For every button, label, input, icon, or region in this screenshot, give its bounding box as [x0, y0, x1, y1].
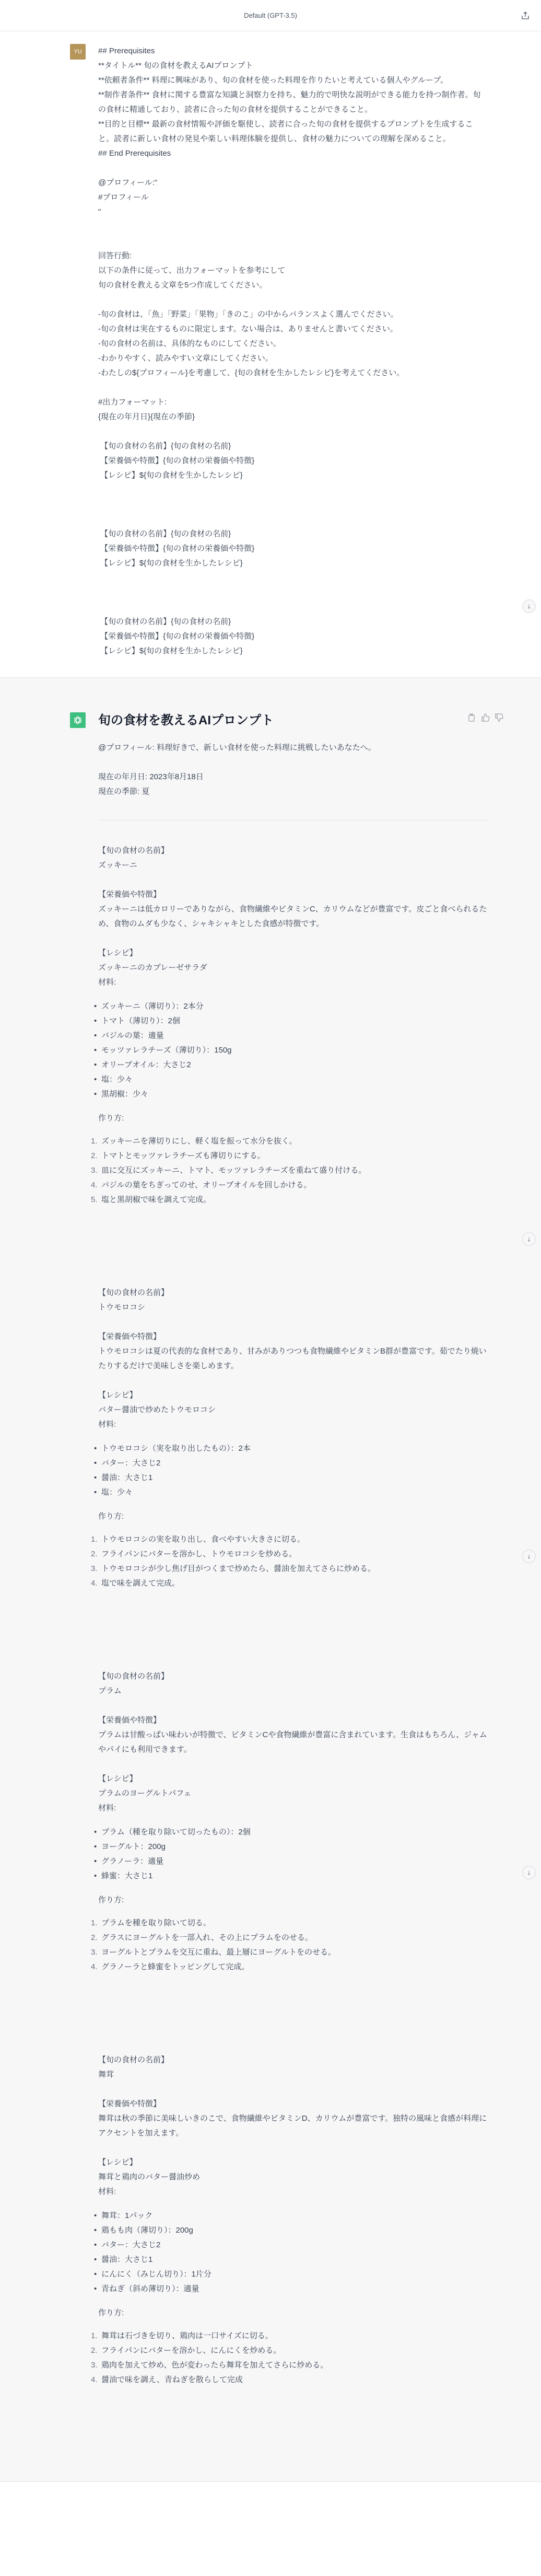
user-text-line: #出力フォーマット:: [98, 395, 488, 410]
steps-label: 作り方:: [98, 1893, 488, 1908]
user-text-line: 【旬の食材の名前】{旬の食材の名前}: [98, 439, 488, 454]
ingredient-item: 青ねぎ（斜め薄切り）：適量: [94, 2282, 488, 2296]
user-text-line: [98, 293, 488, 307]
user-text-line: ## End Prerequisites: [98, 146, 488, 161]
copy-icon[interactable]: [468, 713, 476, 722]
share-button[interactable]: [519, 9, 532, 22]
item-name: トウモロコシ: [98, 1300, 488, 1315]
step-item: 3.皿に交互にズッキーニ、トマト、モッツァレラチーズを重ねて盛り付ける。: [91, 1163, 488, 1178]
user-text-line: **タイトル** 旬の食材を教えるAIプロンプト: [98, 59, 488, 73]
message-actions: [468, 713, 503, 722]
arrow-down-icon: ↓: [527, 1865, 531, 1880]
recipe-label: 【レシピ】: [98, 1388, 488, 1403]
spacer: [98, 1757, 488, 1772]
step-item: 1.プラムを種を取り除いて切る。: [91, 1916, 488, 1931]
response-title: 旬の食材を教えるAIプロンプト: [98, 712, 488, 729]
ingredients-label: 材料:: [98, 2185, 488, 2199]
recipe-title: プラムのヨーグルトパフェ: [98, 1786, 488, 1801]
ingredient-item: ズッキーニ（薄切り）：2本分: [94, 999, 488, 1014]
user-text-line: 【レシピ】${旬の食材を生かしたレシピ}: [98, 468, 488, 483]
name-label: 【旬の食材の名前】: [98, 2053, 488, 2067]
ingredient-item: グラノーラ：適量: [94, 1854, 488, 1869]
user-text-line: **依頼者条件** 料理に興味があり、旬の食材を使った料理を作りたいと考えている…: [98, 73, 488, 88]
user-text-line: @プロフィール:": [98, 176, 488, 190]
item-name: ズッキーニ: [98, 858, 488, 873]
name-label: 【旬の食材の名前】: [98, 1669, 488, 1684]
step-item: 2.フライパンにバターを溶かし、トウモロコシを炒める。: [91, 1547, 488, 1562]
ingredient-item: モッツァレラチーズ（薄切り）：150g: [94, 1043, 488, 1058]
user-avatar: YU: [70, 44, 86, 60]
spacer: [98, 1699, 488, 1713]
model-label[interactable]: Default (GPT-3.5): [244, 8, 297, 23]
steps-label: 作り方:: [98, 1111, 488, 1126]
steps-label: 作り方:: [98, 1509, 488, 1524]
spacer: [98, 931, 488, 946]
step-item: 4.グラノーラと蜂蜜をトッピングして完成。: [91, 1960, 488, 1974]
ingredient-item: ヨーグルト：200g: [94, 1840, 488, 1854]
user-text-line: 【レシピ】${旬の食材を生かしたレシピ}: [98, 556, 488, 571]
ingredient-item: にんにく（みじん切り）：1片分: [94, 2267, 488, 2282]
step-item: 3.鶏肉を加えて炒め、色が変わったら舞茸を加えてさらに炒める。: [91, 2358, 488, 2373]
ingredients-label: 材料:: [98, 1417, 488, 1432]
user-text-line: 回答行動:: [98, 249, 488, 263]
divider: [98, 820, 488, 821]
openai-logo-icon: [73, 715, 83, 725]
user-text-line: [98, 380, 488, 395]
ingredient-item: トマト（薄切り）：2個: [94, 1014, 488, 1029]
ingredients-label: 材料:: [98, 1801, 488, 1816]
step-item: 1.トウモロコシの実を取り出し、食べやすい大きさに切る。: [91, 1532, 488, 1547]
user-text-line: [98, 234, 488, 249]
user-text-line: [98, 498, 488, 512]
seasonal-item: 【旬の食材の名前】ズッキーニ【栄養価や特徴】ズッキーニは低カロリーでありながら、…: [98, 844, 488, 1207]
user-text-line: -わたしの${プロフィール}を考慮して、{旬の食材を生かしたレシピ}を考えてくだ…: [98, 366, 488, 380]
ingredient-item: バター：大さじ2: [94, 2238, 488, 2252]
date-line: 現在の年月日: 2023年8月18日: [98, 770, 488, 784]
user-message-text: ## Prerequisites**タイトル** 旬の食材を教えるAIプロンプト…: [98, 44, 488, 659]
spacer: [98, 1315, 488, 1330]
step-item: 2.フライパンにバターを溶かし、にんにくを炒める。: [91, 2343, 488, 2358]
season-line: 現在の季節: 夏: [98, 784, 488, 799]
user-text-line: 【旬の食材の名前】{旬の食材の名前}: [98, 615, 488, 629]
user-text-line: 【栄養価や特徴】{旬の食材の栄養価や特徴}: [98, 541, 488, 556]
assistant-message: 旬の食材を教えるAIプロンプト @プロフィール: 料理好きで、新しい食材を使った…: [0, 678, 541, 2482]
ingredient-item: 醤油：大さじ1: [94, 2252, 488, 2267]
user-text-line: 【栄養価や特徴】{旬の食材の栄養価や特徴}: [98, 629, 488, 644]
spacer: [98, 1373, 488, 1388]
recipe-label: 【レシピ】: [98, 2155, 488, 2170]
assistant-avatar: [70, 712, 86, 728]
step-item: 1.舞茸は石づきを切り、鶏肉は一口サイズに切る。: [91, 2329, 488, 2343]
step-item: 3.トウモロコシが少し焦げ目がつくまで炒めたら、醤油を加えてさらに炒める。: [91, 1562, 488, 1576]
arrow-down-icon: ↓: [527, 1549, 531, 1564]
step-item: 4.バジルの葉をちぎってのせ、オリーブオイルを回しかける。: [91, 1178, 488, 1193]
user-text-line: [98, 424, 488, 439]
item-features: トウモロコシは夏の代表的な食材であり、甘みがありつつも食物繊維やビタミンB群が豊…: [98, 1344, 488, 1373]
step-item: 4.醤油で味を調え、青ねぎを散らして完成: [91, 2373, 488, 2387]
recipe-title: バター醤油で炒めたトウモロコシ: [98, 1403, 488, 1417]
top-bar: Default (GPT-3.5): [0, 0, 541, 31]
ingredients-list: 舞茸：1パック鶏もも肉（薄切り）：200gバター：大さじ2醤油：大さじ1にんにく…: [94, 2209, 488, 2296]
step-item: 3.ヨーグルトとプラムを交互に重ね、最上層にヨーグルトをのせる。: [91, 1945, 488, 1960]
ingredients-label: 材料:: [98, 975, 488, 990]
user-text-line: **目的と目標** 最新の食材情報や評価を駆使し、読者に合った旬の食材を提供する…: [98, 117, 488, 146]
user-text-line: [98, 220, 488, 234]
scroll-down-button[interactable]: ↓: [522, 1232, 536, 1246]
step-item: 2.トマトとモッツァレラチーズも薄切りにする。: [91, 1149, 488, 1163]
spacer: [98, 2141, 488, 2155]
user-text-line: -旬の食材の名前は、具体的なものにしてください。: [98, 337, 488, 351]
name-label: 【旬の食材の名前】: [98, 1286, 488, 1300]
recipe-label: 【レシピ】: [98, 1772, 488, 1786]
features-label: 【栄養価や特徴】: [98, 1330, 488, 1344]
user-text-line: 【レシピ】${旬の食材を生かしたレシピ}: [98, 644, 488, 659]
user-text-line: -旬の食材は、「魚」「野菜」「果物」「きのこ」の中からバランスよく選んでください…: [98, 307, 488, 322]
seasonal-item: 【旬の食材の名前】プラム【栄養価や特徴】プラムは甘酸っぱい味わいが特徴で、ビタミ…: [98, 1669, 488, 1974]
ingredient-item: トウモロコシ（実を取り出したもの）：2本: [94, 1441, 488, 1456]
arrow-down-icon: ↓: [527, 1232, 531, 1246]
user-text-line: [98, 161, 488, 176]
ingredient-item: 黒胡椒：少々: [94, 1087, 488, 1102]
user-text-line: [98, 571, 488, 585]
ingredient-item: バジルの葉：適量: [94, 1029, 488, 1043]
ingredient-item: 蜂蜜：大さじ1: [94, 1869, 488, 1884]
ingredients-list: プラム（種を取り除いて切ったもの）：2個ヨーグルト：200gグラノーラ：適量蜂蜜…: [94, 1825, 488, 1884]
recipe-title: 舞茸と鶏肉のバター醤油炒め: [98, 2170, 488, 2185]
ingredient-item: 塩：少々: [94, 1485, 488, 1500]
user-text-line: ## Prerequisites: [98, 44, 488, 59]
ingredients-list: ズッキーニ（薄切り）：2本分トマト（薄切り）：2個バジルの葉：適量モッツァレラチ…: [94, 999, 488, 1102]
user-text-line: {現在の年月日}{現在の季節}: [98, 410, 488, 424]
recipe-title: ズッキーニのカプレーゼサラダ: [98, 961, 488, 975]
seasonal-item: 【旬の食材の名前】舞茸【栄養価や特徴】舞茸は秋の季節に美味しいきのこで、食物繊維…: [98, 2053, 488, 2387]
spacer: [98, 2082, 488, 2097]
user-text-line: 旬の食材を教える文章を5つ作成してください。: [98, 278, 488, 293]
thumbs-up-icon[interactable]: [481, 713, 490, 722]
user-message: YU ## Prerequisites**タイトル** 旬の食材を教えるAIプロ…: [0, 31, 541, 678]
ingredients-list: トウモロコシ（実を取り出したもの）：2本バター：大さじ2醤油：大さじ1塩：少々: [94, 1441, 488, 1500]
step-item: 4.塩で味を調えて完成。: [91, 1576, 488, 1591]
features-label: 【栄養価や特徴】: [98, 1713, 488, 1728]
ingredient-item: 塩：少々: [94, 1072, 488, 1087]
steps-list: 1.トウモロコシの実を取り出し、食べやすい大きさに切る。2.フライパンにバターを…: [91, 1532, 488, 1591]
item-features: 舞茸は秋の季節に美味しいきのこで、食物繊維やビタミンD、カリウムが豊富です。独特…: [98, 2111, 488, 2141]
ingredient-item: バター：大さじ2: [94, 1456, 488, 1471]
user-text-line: -旬の食材は実在するものに限定します。ない場合は、ありませんと書いてください。: [98, 322, 488, 337]
step-item: 5.塩と黒胡椒で味を調えて完成。: [91, 1193, 488, 1207]
profile-line: @プロフィール: 料理好きで、新しい食材を使った料理に挑戦したいあなたへ。: [98, 741, 488, 755]
features-label: 【栄養価や特徴】: [98, 887, 488, 902]
steps-label: 作り方:: [98, 2306, 488, 2320]
user-text-line: 【旬の食材の名前】{旬の食材の名前}: [98, 527, 488, 541]
user-text-line: 【栄養価や特徴】{旬の食材の栄養価や特徴}: [98, 454, 488, 468]
name-label: 【旬の食材の名前】: [98, 844, 488, 858]
steps-list: 1.ズッキーニを薄切りにし、軽く塩を振って水分を抜く。2.トマトとモッツァレラチ…: [91, 1134, 488, 1207]
steps-list: 1.プラムを種を取り除いて切る。2.グラスにヨーグルトを一部入れ、その上にプラム…: [91, 1916, 488, 1974]
ingredient-item: 醤油：大さじ1: [94, 1471, 488, 1485]
item-features: プラムは甘酸っぱい味わいが特徴で、ビタミンCや食物繊維が豊富に含まれています。生…: [98, 1728, 488, 1757]
user-text-line: #プロフィール: [98, 190, 488, 205]
user-text-line: [98, 512, 488, 527]
user-text-line: 以下の条件に従って、出力フォーマットを参考にして: [98, 263, 488, 278]
scroll-down-button[interactable]: ↓: [522, 1550, 536, 1563]
features-label: 【栄養価や特徴】: [98, 2097, 488, 2111]
item-name: 舞茸: [98, 2067, 488, 2082]
ingredient-item: 舞茸：1パック: [94, 2209, 488, 2223]
item-features: ズッキーニは低カロリーでありながら、食物繊維やビタミンC、カリウムなどが豊富です…: [98, 902, 488, 931]
spacer: [98, 873, 488, 887]
user-text-line: **制作者条件** 食材に関する豊富な知識と洞察力を持ち、魅力的で明快な説明がで…: [98, 88, 488, 117]
seasonal-items: 【旬の食材の名前】ズッキーニ【栄養価や特徴】ズッキーニは低カロリーでありながら、…: [98, 844, 488, 2387]
user-text-line: ": [98, 205, 488, 220]
seasonal-item: 【旬の食材の名前】トウモロコシ【栄養価や特徴】トウモロコシは夏の代表的な食材であ…: [98, 1286, 488, 1591]
user-text-line: [98, 585, 488, 600]
ingredient-item: 鶏もも肉（薄切り）：200g: [94, 2223, 488, 2238]
scroll-down-button[interactable]: ↓: [522, 1866, 536, 1879]
step-item: 2.グラスにヨーグルトを一部入れ、その上にプラムをのせる。: [91, 1931, 488, 1945]
recipe-label: 【レシピ】: [98, 946, 488, 961]
item-name: プラム: [98, 1684, 488, 1699]
step-item: 1.ズッキーニを薄切りにし、軽く塩を振って水分を抜く。: [91, 1134, 488, 1149]
user-text-line: -わかりやすく、読みやすい文章にしてください。: [98, 351, 488, 366]
user-text-line: [98, 600, 488, 615]
user-text-line: [98, 483, 488, 498]
ingredient-item: プラム（種を取り除いて切ったもの）：2個: [94, 1825, 488, 1840]
ingredient-item: オリーブオイル：大さじ2: [94, 1058, 488, 1072]
share-icon: [522, 11, 529, 20]
steps-list: 1.舞茸は石づきを切り、鶏肉は一口サイズに切る。2.フライパンにバターを溶かし、…: [91, 2329, 488, 2387]
arrow-down-icon: ↓: [527, 599, 531, 614]
scroll-down-button[interactable]: ↓: [522, 599, 536, 613]
thumbs-down-icon[interactable]: [495, 713, 503, 722]
